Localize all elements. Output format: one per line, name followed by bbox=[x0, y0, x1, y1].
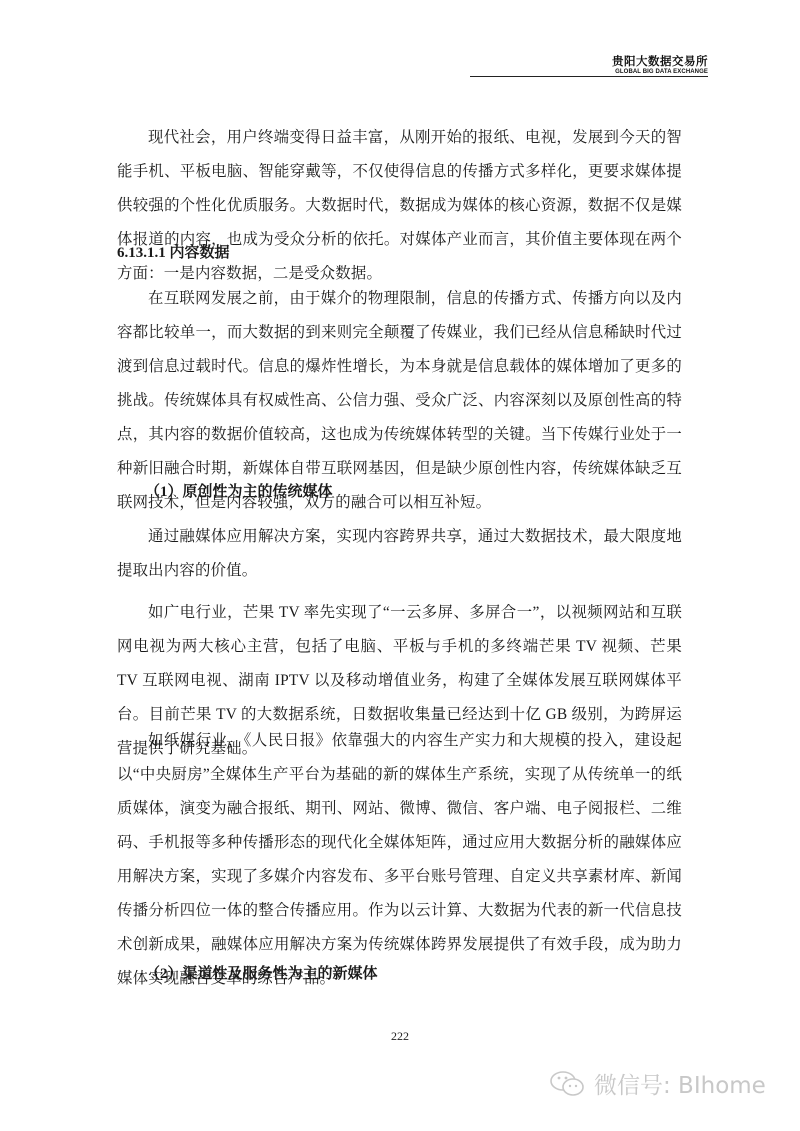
org-name-en: GLOBAL BIG DATA EXCHANGE bbox=[612, 68, 708, 76]
intro-paragraph-block: 现代社会，用户终端变得日益丰富，从刚开始的报纸、电视，发展到今天的智能手机、平板… bbox=[117, 121, 682, 291]
sub1-paragraph-3: 如纸媒行业，《人民日报》依靠强大的内容生产实力和大规模的投入，建设起以“中央厨房… bbox=[117, 724, 682, 996]
sub1-p3-block: 如纸媒行业，《人民日报》依靠强大的内容生产实力和大规模的投入，建设起以“中央厨房… bbox=[117, 724, 682, 996]
sub1-p1-block: 通过融媒体应用解决方案，实现内容跨界共享，通过大数据技术，最大限度地提取出内容的… bbox=[117, 520, 682, 588]
page-number: 222 bbox=[0, 1029, 800, 1044]
org-name-cn: 贵阳大数据交易所 bbox=[612, 55, 708, 68]
wechat-watermark: 微信号: BIhome bbox=[548, 1067, 766, 1100]
intro-paragraph: 现代社会，用户终端变得日益丰富，从刚开始的报纸、电视，发展到今天的智能手机、平板… bbox=[117, 121, 682, 291]
subheading-new-media: （2）渠道性及服务性为主的新媒体 bbox=[145, 962, 378, 983]
sub1-paragraph-1: 通过融媒体应用解决方案，实现内容跨界共享，通过大数据技术，最大限度地提取出内容的… bbox=[117, 520, 682, 588]
header-divider bbox=[470, 76, 708, 77]
subheading-traditional-media: （1）原创性为主的传统媒体 bbox=[145, 480, 333, 501]
watermark-text: 微信号: BIhome bbox=[594, 1067, 766, 1100]
wechat-icon bbox=[548, 1069, 588, 1099]
section-heading: 6.13.1.1 内容数据 bbox=[117, 241, 230, 262]
header-logo: 贵阳大数据交易所 GLOBAL BIG DATA EXCHANGE bbox=[612, 55, 708, 76]
